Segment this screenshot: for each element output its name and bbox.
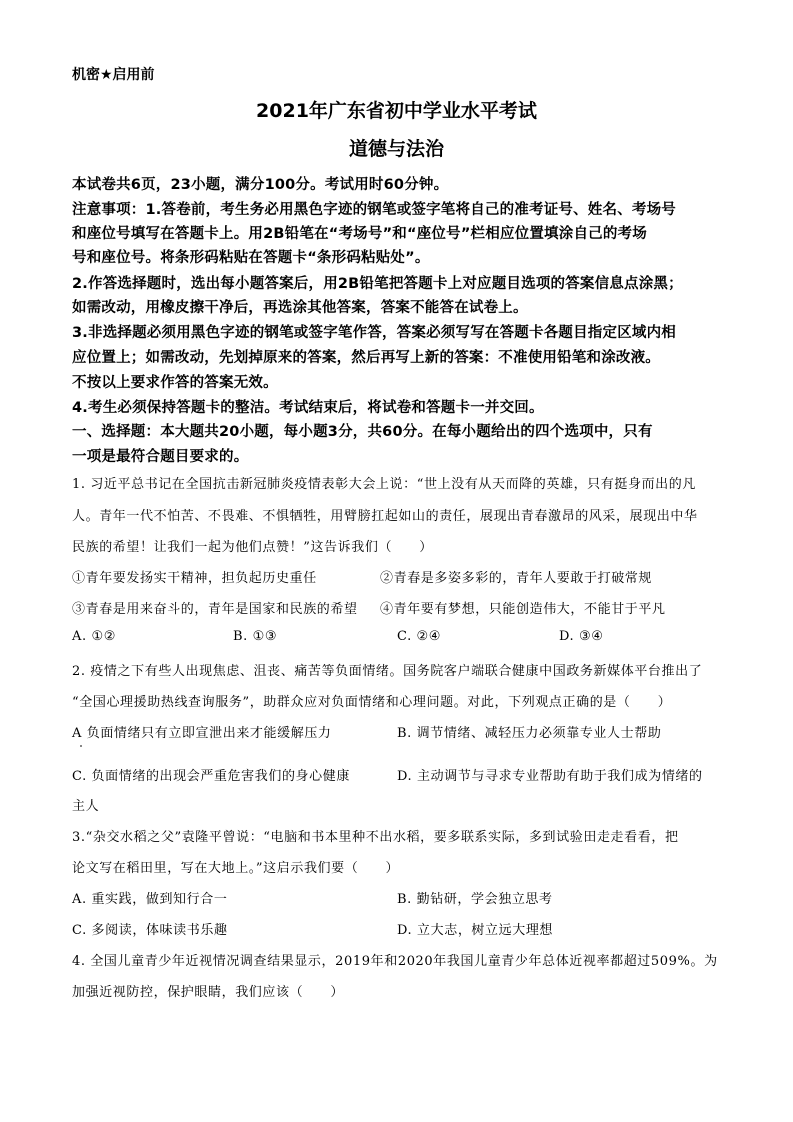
- option-d-continued: 主人: [72, 795, 99, 814]
- statement: ④青年要有梦想，只能创造伟大，不能甘于平凡: [380, 598, 666, 617]
- option-b: B. 调节情绪、减轻压力必须靠专业人士帮助: [397, 722, 661, 741]
- statement: ②青春是多姿多彩的，青年人要敢于打破常规: [380, 567, 652, 586]
- question-text: “全国心理援助热线查询服务”，助群众应对负面情绪和心理问题。对此，下列观点正确的…: [72, 691, 671, 710]
- instruction-line: 如需改动，用橡皮擦干净后，再选涂其他答案，答案不能答在试卷上。: [72, 296, 528, 317]
- section-heading: 一、选择题：本大题共20小题，每小题3分，共60分。在每小题给出的四个选项中，只…: [72, 420, 653, 441]
- stray-mark: [80, 745, 82, 747]
- question-text: 4. 全国儿童青少年近视情况调查结果显示，2019年和2020年我国儿童青少年总…: [72, 950, 718, 969]
- instruction-line: 不按以上要求作答的答案无效。: [72, 371, 278, 392]
- question-text: 2. 疫情之下有些人出现焦虑、沮丧、痛苦等负面情绪。国务院客户端联合健康中国政务…: [72, 660, 702, 679]
- exam-page: 机密★启用前 2021年广东省初中学业水平考试 道德与法治 本试卷共6页，23小…: [0, 0, 793, 1122]
- option-b: B. ①③: [233, 629, 277, 644]
- statement: ①青年要发扬实干精神，担负起历史重任: [72, 567, 317, 586]
- instruction-line: 2.作答选择题时，选出每小题答案后，用2B铅笔把答题卡上对应题目选项的答案信息点…: [72, 272, 683, 293]
- exam-title: 2021年广东省初中学业水平考试: [0, 96, 793, 123]
- option-c: C. ②④: [397, 629, 441, 644]
- instruction-line: 4.考生必须保持答题卡的整洁。考试结束后，将试卷和答题卡一并交回。: [72, 396, 544, 417]
- question-text: 人。青年一代不怕苦、不畏难、不惧牺牲，用臂膀扛起如山的责任，展现出青春激昂的风采…: [72, 505, 698, 524]
- statement: ③青春是用来奋斗的，青年是国家和民族的希望: [72, 598, 358, 617]
- question-text: 3.“杂交水稻之父”袁隆平曾说：“电脑和书本里种不出水稻，要多联系实际，多到试验…: [72, 826, 679, 845]
- option-b: B. 勤钻研，学会独立思考: [397, 888, 553, 907]
- option-c: C. 多阅读，体味读书乐趣: [72, 919, 228, 938]
- option-a: A 负面情绪只有立即宣泄出来才能缓解压力: [72, 722, 332, 741]
- subject-title: 道德与法治: [0, 134, 793, 161]
- instruction-line: 号和座位号。将条形码粘贴在答题卡“条形码粘贴处”。: [72, 246, 430, 267]
- option-a: A. 重实践，做到知行合一: [72, 888, 227, 907]
- question-text: 民族的希望！让我们一起为他们点赞！”这告诉我们（ ）: [72, 536, 433, 555]
- instruction-line: 注意事项：1.答卷前，考生务必用黑色字迹的钢笔或签字笔将自己的准考证号、姓名、考…: [72, 198, 676, 219]
- question-text: 1. 习近平总书记在全国抗击新冠肺炎疫情表彰大会上说：“世上没有从天而降的英雄，…: [72, 473, 696, 492]
- question-text: 论文写在稻田里，写在大地上。”这启示我们要（ ）: [72, 857, 399, 876]
- confidential-label: 机密★启用前: [72, 64, 155, 84]
- instruction-line: 和座位号填写在答题卡上。用2B铅笔在“考场号”和“座位号”栏相应位置填涂自己的考…: [72, 222, 647, 243]
- option-c: C. 负面情绪的出现会严重危害我们的身心健康: [72, 765, 350, 784]
- exam-summary: 本试卷共6页，23小题，满分100分。考试用时60分钟。: [72, 173, 448, 194]
- question-text: 加强近视防控，保护眼睛，我们应该（ ）: [72, 981, 344, 1000]
- option-a: A. ①②: [72, 629, 116, 644]
- instruction-line: 3.非选择题必须用黑色字迹的钢笔或签字笔作答，答案必须写写在答题卡各题目指定区域…: [72, 321, 676, 342]
- option-d: D. 主动调节与寻求专业帮助有助于我们成为情绪的: [397, 765, 703, 784]
- instruction-line: 应位置上；如需改动，先划掉原来的答案，然后再写上新的答案：不准使用铅笔和涂改液。: [72, 346, 660, 367]
- option-d: D. 立大志，树立远大理想: [397, 919, 553, 938]
- option-d: D. ③④: [559, 629, 604, 644]
- section-heading: 一项是最符合题目要求的。: [72, 445, 248, 466]
